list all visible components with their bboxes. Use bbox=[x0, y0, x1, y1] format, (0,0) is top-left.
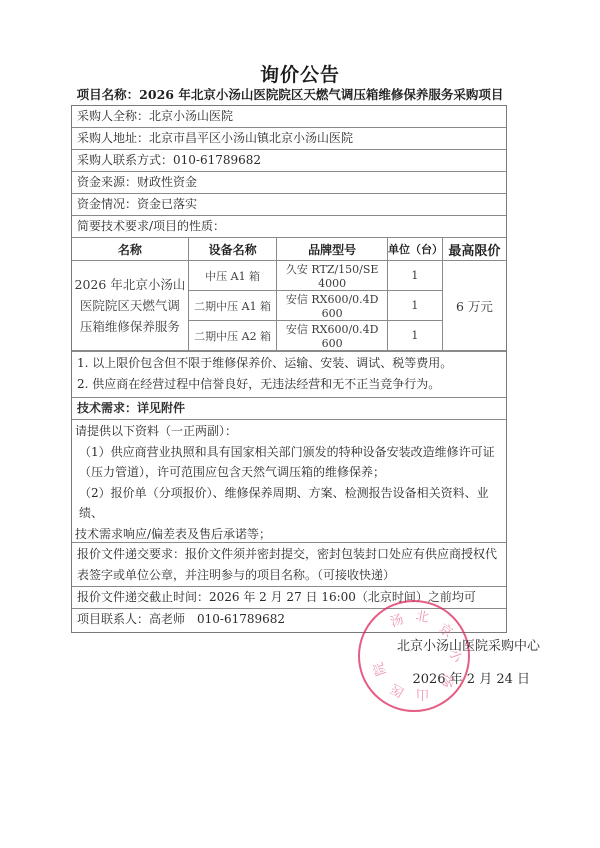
document-title: 询价公告 bbox=[0, 60, 600, 87]
materials-item-1-cont: （压力管道），许可范围应包含天然气调压箱的维修保养； bbox=[75, 462, 506, 483]
submission-line: 表签字或单位公章，并注明参与的项目名称。（可接收快递） bbox=[77, 565, 506, 586]
required-materials: 请提供以下资料（一正两副）： （1）供应商营业执照和具有国家相关部门颁发的特种设… bbox=[72, 420, 506, 543]
materials-item-2: （2）报价单（分项报价）、维修保养周期、方案、检测报告设备相关资料、业绩、 bbox=[75, 483, 506, 524]
max-price-cell: 6 万元 bbox=[442, 261, 506, 351]
project-name-cell: 2026 年北京小汤山 医院院区天燃气调 压箱维修保养服务 bbox=[72, 261, 188, 351]
device-cell: 二期中压 A2 箱 bbox=[188, 321, 276, 351]
unit-cell: 1 bbox=[388, 291, 443, 321]
name-line: 医院院区天燃气调 bbox=[72, 295, 188, 316]
header-device: 设备名称 bbox=[188, 238, 276, 261]
spec-table-wrap: 名称 设备名称 品牌型号 单位（台） 最高限价 2026 年北京小汤山 医院院区… bbox=[72, 238, 506, 352]
spec-table: 名称 设备名称 品牌型号 单位（台） 最高限价 2026 年北京小汤山 医院院区… bbox=[72, 238, 506, 351]
seal-glyph: 北 bbox=[414, 605, 430, 626]
submission-deadline: 报价文件递交截止时间：2026 年 2 月 27 日 16:00（北京时间）之前… bbox=[72, 587, 506, 609]
submission-requirements: 报价文件递交要求：报价文件须并密封提交，密封包装封口处应有供应商授权代 表签字或… bbox=[72, 543, 506, 587]
tech-summary-label: 简要技术要求/项目的性质： bbox=[72, 216, 506, 238]
seal-glyph: 汤 bbox=[387, 608, 406, 630]
name-line: 压箱维修保养服务 bbox=[72, 316, 188, 337]
header-name: 名称 bbox=[72, 238, 188, 261]
materials-item-1: （1）供应商营业执照和具有国家相关部门颁发的特种设备安装改造维修许可证 bbox=[75, 442, 506, 463]
table-row: 2026 年北京小汤山 医院院区天燃气调 压箱维修保养服务 中压 A1 箱 久安… bbox=[72, 261, 506, 291]
fund-source: 资金来源：财政性资金 bbox=[72, 172, 506, 194]
device-cell: 中压 A1 箱 bbox=[188, 261, 276, 291]
materials-item-2-cont: 技术需求响应/偏差表及售后承诺等； bbox=[75, 524, 506, 544]
unit-cell: 1 bbox=[388, 261, 443, 291]
announcement-table: 采购人全称：北京小汤山医院 采购人地址：北京市昌平区小汤山镇北京小汤山医院 采购… bbox=[71, 105, 507, 633]
signature-org: 北京小汤山医院采购中心 bbox=[300, 635, 540, 654]
header-max-price: 最高限价 bbox=[442, 238, 506, 261]
signature-date: 2026 年 2 月 24 日 bbox=[300, 668, 530, 687]
model-cell: 久安 RTZ/150/SE 4000 bbox=[277, 261, 388, 291]
header-unit: 单位（台） bbox=[388, 238, 443, 261]
model-cell: 安信 RX600/0.4D 600 bbox=[277, 321, 388, 351]
unit-cell: 1 bbox=[388, 321, 443, 351]
submission-line: 报价文件递交要求：报价文件须并密封提交，密封包装封口处应有供应商授权代 bbox=[77, 544, 506, 565]
header-model: 品牌型号 bbox=[277, 238, 388, 261]
purchaser-contact: 采购人联系方式：010-61789682 bbox=[72, 150, 506, 172]
device-cell: 二期中压 A1 箱 bbox=[188, 291, 276, 321]
spec-header-row: 名称 设备名称 品牌型号 单位（台） 最高限价 bbox=[72, 238, 506, 261]
model-cell: 安信 RX600/0.4D 600 bbox=[277, 291, 388, 321]
name-line: 2026 年北京小汤山 bbox=[72, 274, 188, 295]
note-line: 2. 供应商在经营过程中信誉良好，无违法经营和无不正当竞争行为。 bbox=[77, 374, 506, 395]
seal-glyph: 山 bbox=[416, 686, 429, 705]
fund-status: 资金情况：资金已落实 bbox=[72, 194, 506, 216]
project-name: 项目名称：2026 年北京小汤山医院院区天燃气调压箱维修保养服务采购项目 bbox=[72, 85, 508, 103]
purchaser-address: 采购人地址：北京市昌平区小汤山镇北京小汤山医院 bbox=[72, 128, 506, 150]
official-seal: 汤 北 京 小 汤 山 医 院 bbox=[358, 600, 470, 712]
price-notes: 1. 以上限价包含但不限于维修保养价、运输、安装、调试、税等费用。 2. 供应商… bbox=[72, 352, 506, 398]
materials-intro: 请提供以下资料（一正两副）： bbox=[75, 421, 506, 442]
tech-requirement: 技术需求：详见附件 bbox=[72, 398, 506, 420]
purchaser-name: 采购人全称：北京小汤山医院 bbox=[72, 106, 506, 128]
note-line: 1. 以上限价包含但不限于维修保养价、运输、安装、调试、税等费用。 bbox=[77, 353, 506, 374]
